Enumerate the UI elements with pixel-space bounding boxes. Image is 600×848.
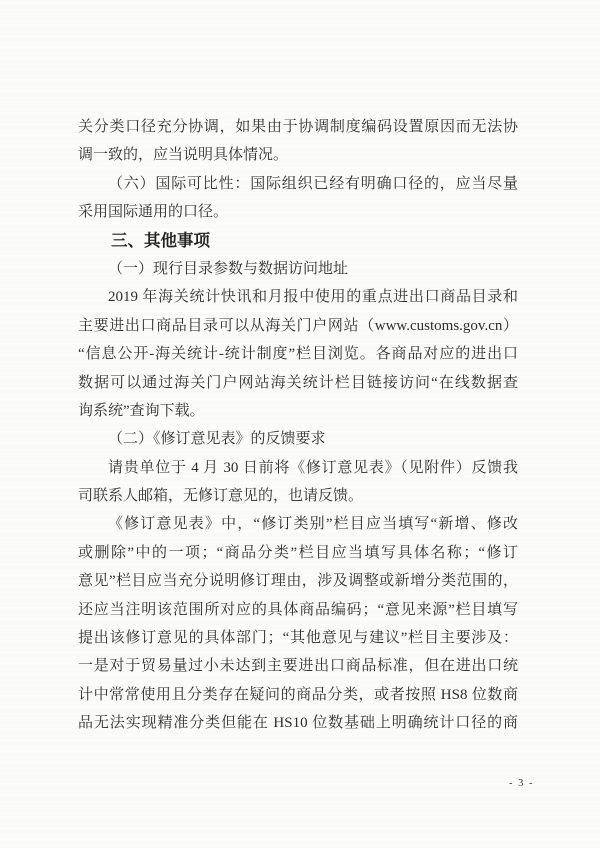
document-body: 关分类口径充分协调，如果由于协调制度编码设置原因而无法协 调一致的，应当说明具体… — [78, 113, 518, 738]
text-line: 数据可以通过海关门户网站海关统计栏目链接访问“在线数据查 — [78, 369, 518, 397]
text-line: 意见”栏目应当充分说明修订理由，涉及调整或新增分类范围的， — [78, 567, 518, 595]
text-line: 2019 年海关统计快讯和月报中使用的重点进出口商品目录和 — [78, 283, 518, 311]
subsection-heading: （二）《修订意见表》的反馈要求 — [78, 425, 518, 453]
text-line: 请贵单位于 4 月 30 日前将《修订意见表》（见附件）反馈我 — [78, 454, 518, 482]
text-line: 调一致的，应当说明具体情况。 — [78, 141, 518, 169]
text-line: “信息公开-海关统计-统计制度”栏目浏览。各商品对应的进出口 — [78, 340, 518, 368]
text-line: 提出该修订意见的具体部门；“其他意见与建议”栏目主要涉及： — [78, 624, 518, 652]
text-line: 司联系人邮箱，无修订意见的，也请反馈。 — [78, 482, 518, 510]
text-line: 主要进出口商品目录可以从海关门户网站（www.customs.gov.cn） — [78, 312, 518, 340]
section-heading: 三、其他事项 — [78, 227, 518, 255]
text-line: 品无法实现精准分类但能在 HS10 位数基础上明确统计口径的商 — [78, 709, 518, 737]
text-line: （六）国际可比性：国际组织已经有明确口径的，应当尽量 — [78, 170, 518, 198]
document-page: 关分类口径充分协调，如果由于协调制度编码设置原因而无法协 调一致的，应当说明具体… — [0, 0, 600, 848]
text-line: 关分类口径充分协调，如果由于协调制度编码设置原因而无法协 — [78, 113, 518, 141]
text-line: 《修订意见表》中，“修订类别”栏目应当填写“新增、修改 — [78, 510, 518, 538]
text-line: 采用国际通用的口径。 — [78, 198, 518, 226]
page-number: - 3 - — [509, 778, 534, 789]
text-line: 计中常常使用且分类存在疑问的商品分类，或者按照 HS8 位数商 — [78, 681, 518, 709]
text-line: 或删除”中的一项；“商品分类”栏目应当填写具体名称；“修订 — [78, 539, 518, 567]
text-line: 询系统”查询下载。 — [78, 397, 518, 425]
text-line: 一是对于贸易量过小未达到主要进出口商品标准，但在进出口统 — [78, 652, 518, 680]
subsection-heading: （一）现行目录参数与数据访问地址 — [78, 255, 518, 283]
text-line: 还应当注明该范围所对应的具体商品编码；“意见来源”栏目填写 — [78, 596, 518, 624]
